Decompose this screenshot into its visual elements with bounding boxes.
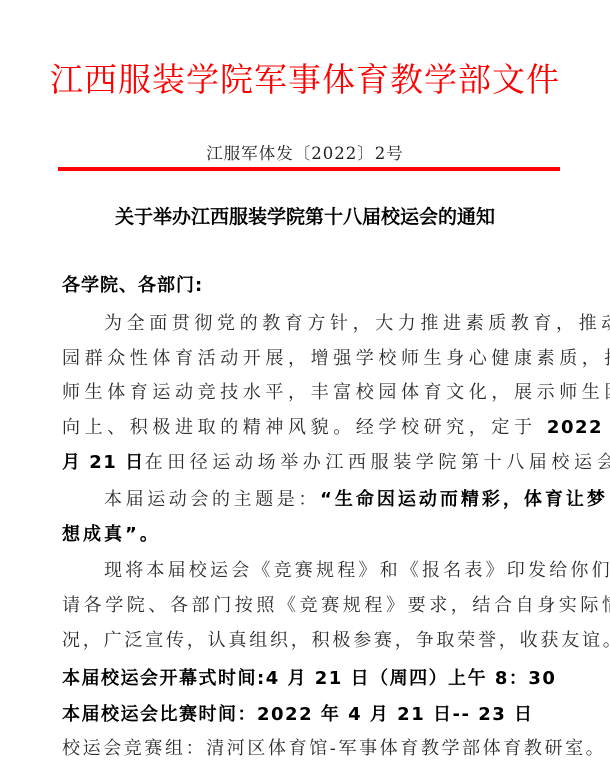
opening-ceremony-time: 本届校运会开幕式时间:4 月 21 日（周四）上午 8：30 — [62, 666, 556, 692]
theme-quote-continued: 想成真”。 — [62, 522, 161, 548]
theme-quote: “生命因运动而精彩，体育让梦 — [320, 489, 608, 510]
org-header-title: 江西服装学院军事体育教学部文件 — [0, 50, 610, 110]
theme-line: 本届运动会的主题是：“生命因运动而精彩，体育让梦 — [104, 487, 608, 513]
paragraph-line: 况，广泛宣传，认真组织，积极参赛，争取荣誉，收获友谊。 — [62, 628, 610, 654]
paragraph-text: 在田径运动场举办江西服装学院第十八届校运会。 — [145, 452, 610, 473]
paragraph-line: 园群众性体育活动开展，增强学校师生身心健康素质，提升 — [62, 346, 610, 372]
paragraph-text: 向上、积极进取的精神风貌。经学校研究，定于 — [62, 417, 547, 438]
document-number: 江服军体发〔2022〕2号 — [0, 142, 610, 166]
paragraph-line: 为全面贯彻党的教育方针，大力推进素质教育，推动校 — [104, 311, 610, 337]
theme-lead: 本届运动会的主题是： — [104, 489, 320, 510]
paragraph-line: 师生体育运动竞技水平，丰富校园体育文化，展示师生团结 — [62, 380, 610, 406]
event-date-bold: 月 21 日 — [62, 452, 145, 473]
event-date-bold: 2022 年 4 — [547, 417, 610, 438]
paragraph-line: 月 21 日在田径运动场举办江西服装学院第十八届校运会。 — [62, 450, 610, 476]
paragraph-line: 现将本届校运会《竞赛规程》和《报名表》印发给你们， — [104, 558, 610, 584]
red-divider-rule — [58, 167, 560, 171]
paragraph-line: 向上、积极进取的精神风貌。经学校研究，定于 2022 年 4 — [62, 415, 610, 441]
competition-time: 本届校运会比赛时间：2022 年 4 月 21 日-- 23 日 — [62, 702, 534, 728]
competition-group: 校运会竞赛组：清河区体育馆-军事体育教学部体育教研室。 — [62, 736, 606, 762]
salutation: 各学院、各部门: — [62, 273, 203, 299]
paragraph-line: 请各学院、各部门按照《竞赛规程》要求，结合自身实际情 — [62, 593, 610, 619]
notice-title: 关于举办江西服装学院第十八届校运会的通知 — [0, 202, 610, 232]
